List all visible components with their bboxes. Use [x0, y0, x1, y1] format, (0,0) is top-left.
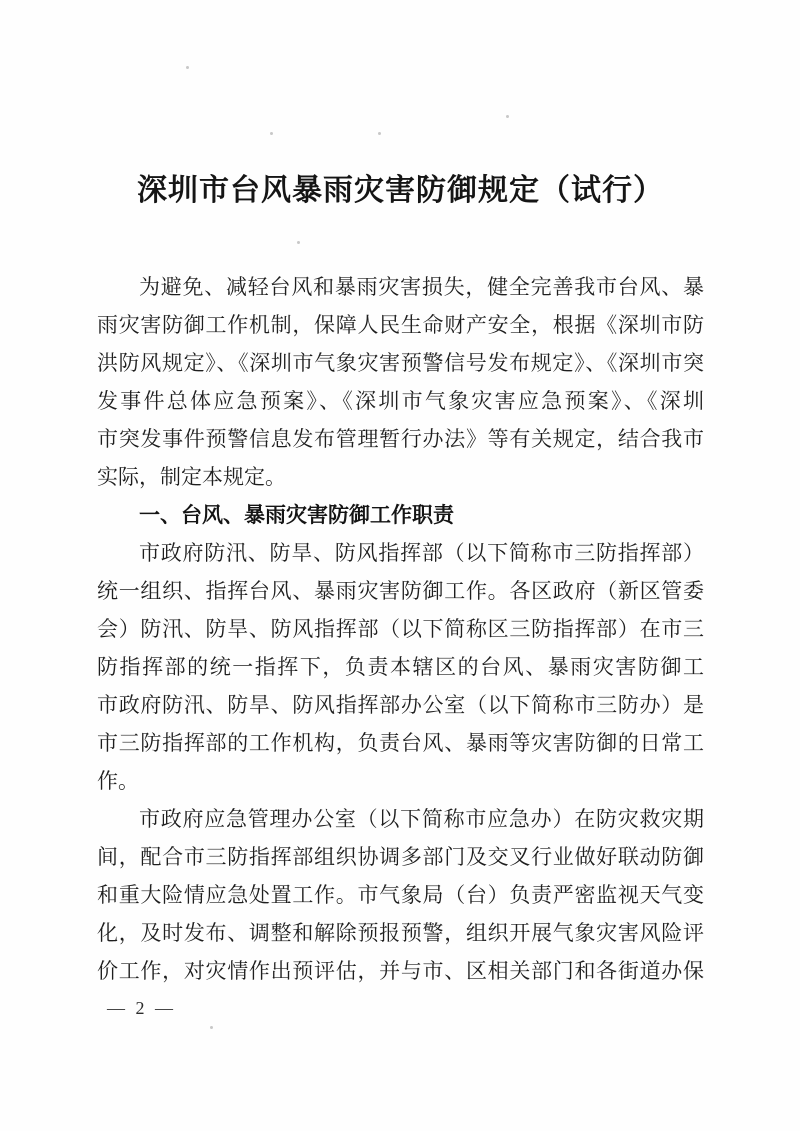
scan-speck [210, 1026, 213, 1029]
intro-line: 实际，制定本规定。 [97, 458, 704, 496]
body-line: 作。 [97, 762, 704, 800]
body-line: 市政府防汛、防旱、防风指挥部（以下简称市三防指挥部） [97, 534, 704, 572]
intro-line: 雨灾害防御工作机制，保障人民生命财产安全，根据《深圳市防 [97, 306, 704, 344]
intro-line: 市突发事件预警信息发布管理暂行办法》等有关规定，结合我市 [97, 420, 704, 458]
body-line: 市政府应急管理办公室（以下简称市应急办）在防灾救灾期 [97, 800, 704, 838]
intro-line: 为避免、减轻台风和暴雨灾害损失，健全完善我市台风、暴 [97, 268, 704, 306]
body-line: 市三防指挥部的工作机构，负责台风、暴雨等灾害防御的日常工 [97, 724, 704, 762]
body-line: 价工作，对灾情作出预评估，并与市、区相关部门和各街道办保 [97, 952, 704, 990]
intro-line: 洪防风规定》、《深圳市气象灾害预警信号发布规定》、《深圳市突 [97, 344, 704, 382]
document-body: 为避免、减轻台风和暴雨灾害损失，健全完善我市台风、暴 雨灾害防御工作机制，保障人… [97, 268, 704, 990]
body-line: 统一组织、指挥台风、暴雨灾害防御工作。各区政府（新区管委 [97, 572, 704, 610]
body-line: 市政府防汛、防旱、防风指挥部办公室（以下简称市三防办）是 [97, 686, 704, 724]
document-content: 深圳市台风暴雨灾害防御规定（试行） 为避免、减轻台风和暴雨灾害损失，健全完善我市… [97, 0, 704, 1020]
document-title: 深圳市台风暴雨灾害防御规定（试行） [97, 170, 704, 212]
document-page: 深圳市台风暴雨灾害防御规定（试行） 为避免、减轻台风和暴雨灾害损失，健全完善我市… [0, 0, 800, 1131]
body-line: 防指挥部的统一指挥下，负责本辖区的台风、暴雨灾害防御工作。 [97, 648, 704, 686]
body-line: 间，配合市三防指挥部组织协调多部门及交叉行业做好联动防御 [97, 838, 704, 876]
body-line: 化，及时发布、调整和解除预报预警，组织开展气象灾害风险评 [97, 914, 704, 952]
section-heading: 一、台风、暴雨灾害防御工作职责 [97, 496, 704, 534]
intro-line: 发事件总体应急预案》、《深圳市气象灾害应急预案》、《深圳 [97, 382, 704, 420]
body-line: 和重大险情应急处置工作。市气象局（台）负责严密监视天气变 [97, 876, 704, 914]
page-number: — 2 — [107, 996, 704, 1020]
body-line: 会）防汛、防旱、防风指挥部（以下简称区三防指挥部）在市三 [97, 610, 704, 648]
